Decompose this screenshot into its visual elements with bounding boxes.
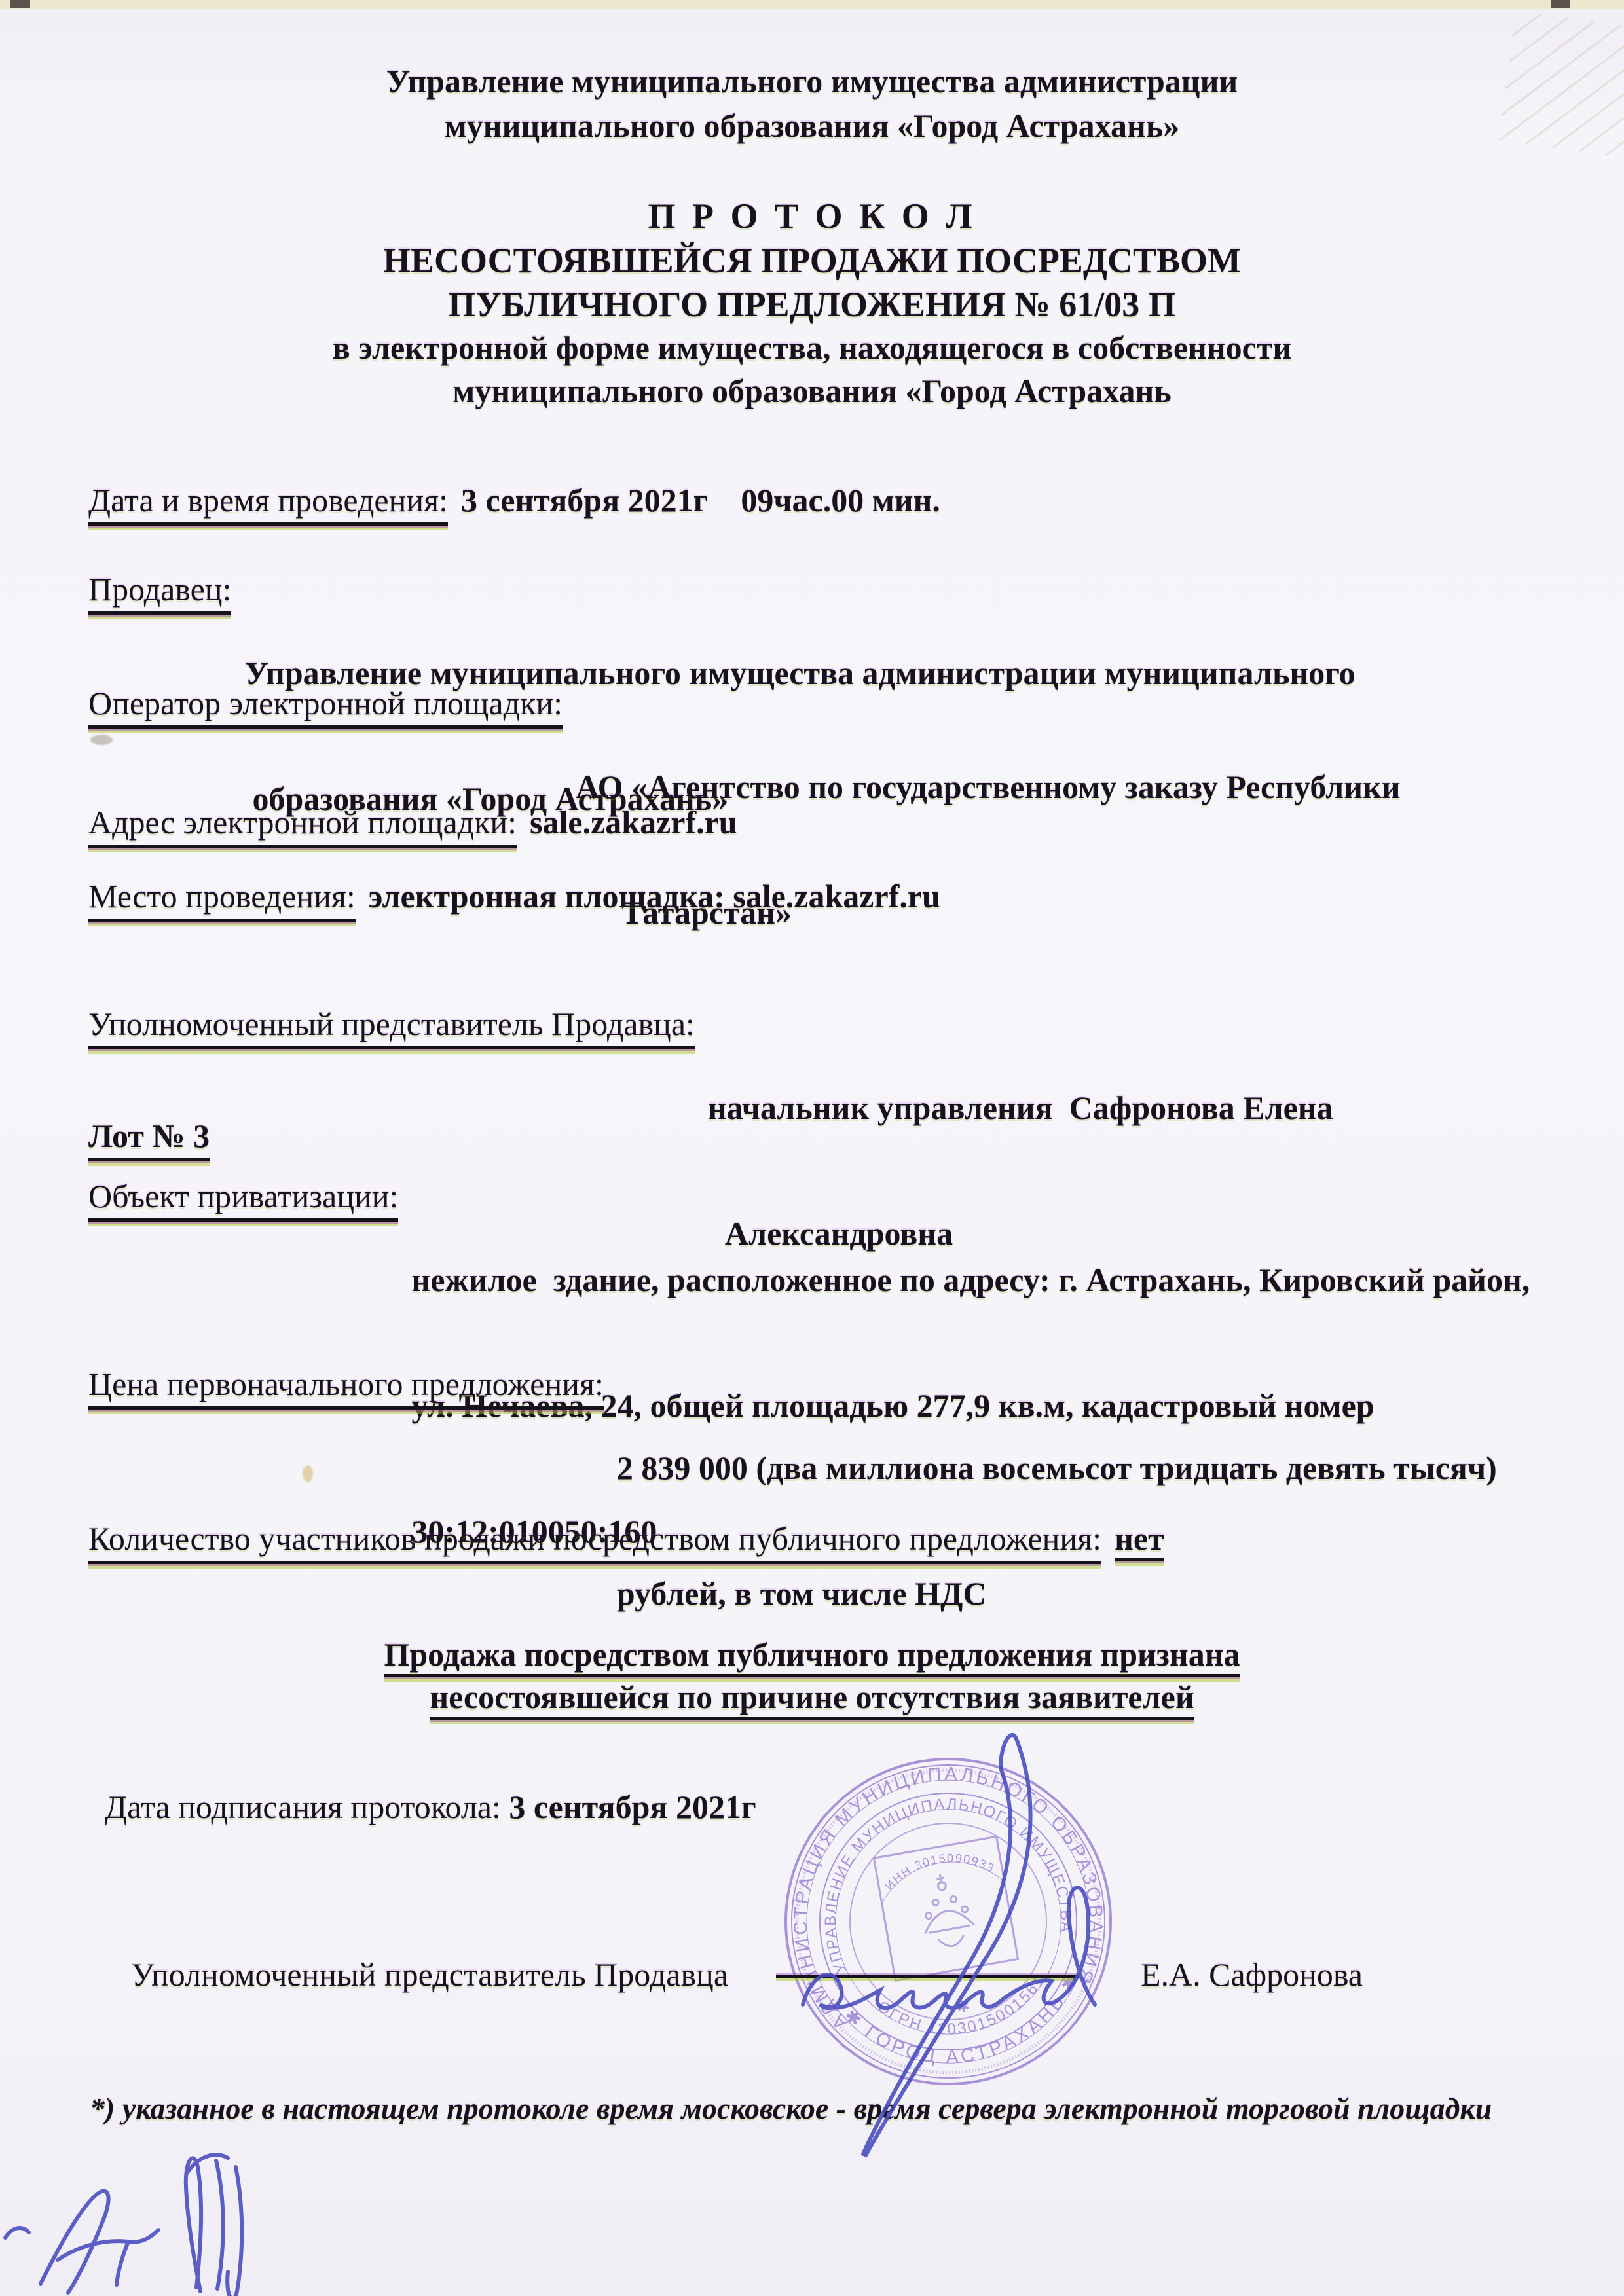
field-label: Цена первоначального предложения: <box>88 1363 604 1410</box>
scan-corner-mark-left <box>10 0 30 8</box>
field-value-line: рублей, в том числе НДС <box>617 1573 1497 1614</box>
scan-corner-mark-right <box>1551 0 1570 8</box>
doc-title-number: ПУБЛИЧНОГО ПРЕДЛОЖЕНИЯ № 61/03 П <box>0 282 1624 327</box>
field-label: Количество участников продажи посредство… <box>88 1518 1101 1564</box>
field-label: Оператор электронной площадки: <box>88 682 563 729</box>
field-label: Объект приватизации: <box>88 1175 398 1222</box>
signing-date-value: 3 сентября 2021г <box>509 1789 756 1825</box>
org-name-line-1: Управление муниципального имущества адми… <box>0 60 1624 102</box>
field-platform-address: Адрес электронной площадки: sale.zakazrf… <box>88 801 737 848</box>
field-label: Адрес электронной площадки: <box>88 801 517 848</box>
field-label: Дата и время проведения: <box>88 479 448 526</box>
footnote: *) указанное в настоящем протоколе время… <box>90 2090 1492 2128</box>
field-label: Уполномоченный представитель Продавца: <box>88 1003 695 1049</box>
signatory-name: Е.А. Сафронова <box>1141 1954 1363 1995</box>
field-value: нет <box>1115 1520 1164 1561</box>
signing-date-row: Дата подписания протокола: 3 сентября 20… <box>105 1786 756 1828</box>
doc-title-line-5: муниципального образования «Город Астрах… <box>0 370 1624 412</box>
field-value: sale.zakazrf.ru <box>530 804 737 841</box>
doc-title-protocol: П Р О Т О К О Л <box>0 194 1624 239</box>
field-value: 3 сентября 2021г 09час.00 мин. <box>461 482 940 519</box>
resolution-line-1: Продажа посредством публичного предложен… <box>0 1633 1624 1675</box>
scanned-protocol-page: Управление муниципального имущества адми… <box>0 0 1624 2296</box>
official-round-stamp: АДМИНИСТРАЦИЯ МУНИЦИПАЛЬНОГО ОБРАЗОВАНИЯ… <box>778 1751 1118 2092</box>
field-lot-number: Лот № 3 <box>88 1115 210 1161</box>
stamp-star: ✱ <box>955 1997 971 2016</box>
bottom-left-signature-2 <box>186 2155 242 2296</box>
signing-date-label: Дата подписания протокола: <box>105 1789 509 1825</box>
stamp-crown-emblem <box>915 1870 977 1951</box>
scanner-edge-strip <box>0 0 1624 9</box>
field-date-time: Дата и время проведения: 3 сентября 2021… <box>88 479 940 526</box>
bottom-left-signature-1 <box>5 2191 158 2293</box>
lot-number-label: Лот № 3 <box>88 1115 210 1161</box>
field-value-line: нежилое здание, расположенное по адресу:… <box>411 1259 1530 1301</box>
field-label: Место проведения: <box>88 875 356 922</box>
field-participants-count: Количество участников продажи посредство… <box>88 1518 1164 1564</box>
field-label: Продавец: <box>88 568 231 615</box>
signature-row-label: Уполномоченный представитель Продавца <box>131 1954 728 1995</box>
doc-title-line-2: НЕСОСТОЯВШЕЙСЯ ПРОДАЖИ ПОСРЕДСТВОМ <box>0 238 1624 283</box>
org-name-line-2: муниципального образования «Город Астрах… <box>0 105 1624 147</box>
field-venue: Место проведения: электронная площадка: … <box>88 875 940 922</box>
field-value-line: начальник управления Сафронова Елена <box>708 1087 1333 1129</box>
resolution-line-2: несостоявшейся по причине отсутствия зая… <box>0 1676 1624 1718</box>
field-value-line: 2 839 000 (два миллиона восемьсот тридца… <box>617 1447 1497 1489</box>
field-operator: Оператор электронной площадки: АО «Агент… <box>88 682 1401 1017</box>
doc-title-line-4: в электронной форме имущества, находящег… <box>0 327 1624 369</box>
field-value: электронная площадка: sale.zakazrf.ru <box>369 878 940 915</box>
signature-line <box>776 1975 1079 1978</box>
